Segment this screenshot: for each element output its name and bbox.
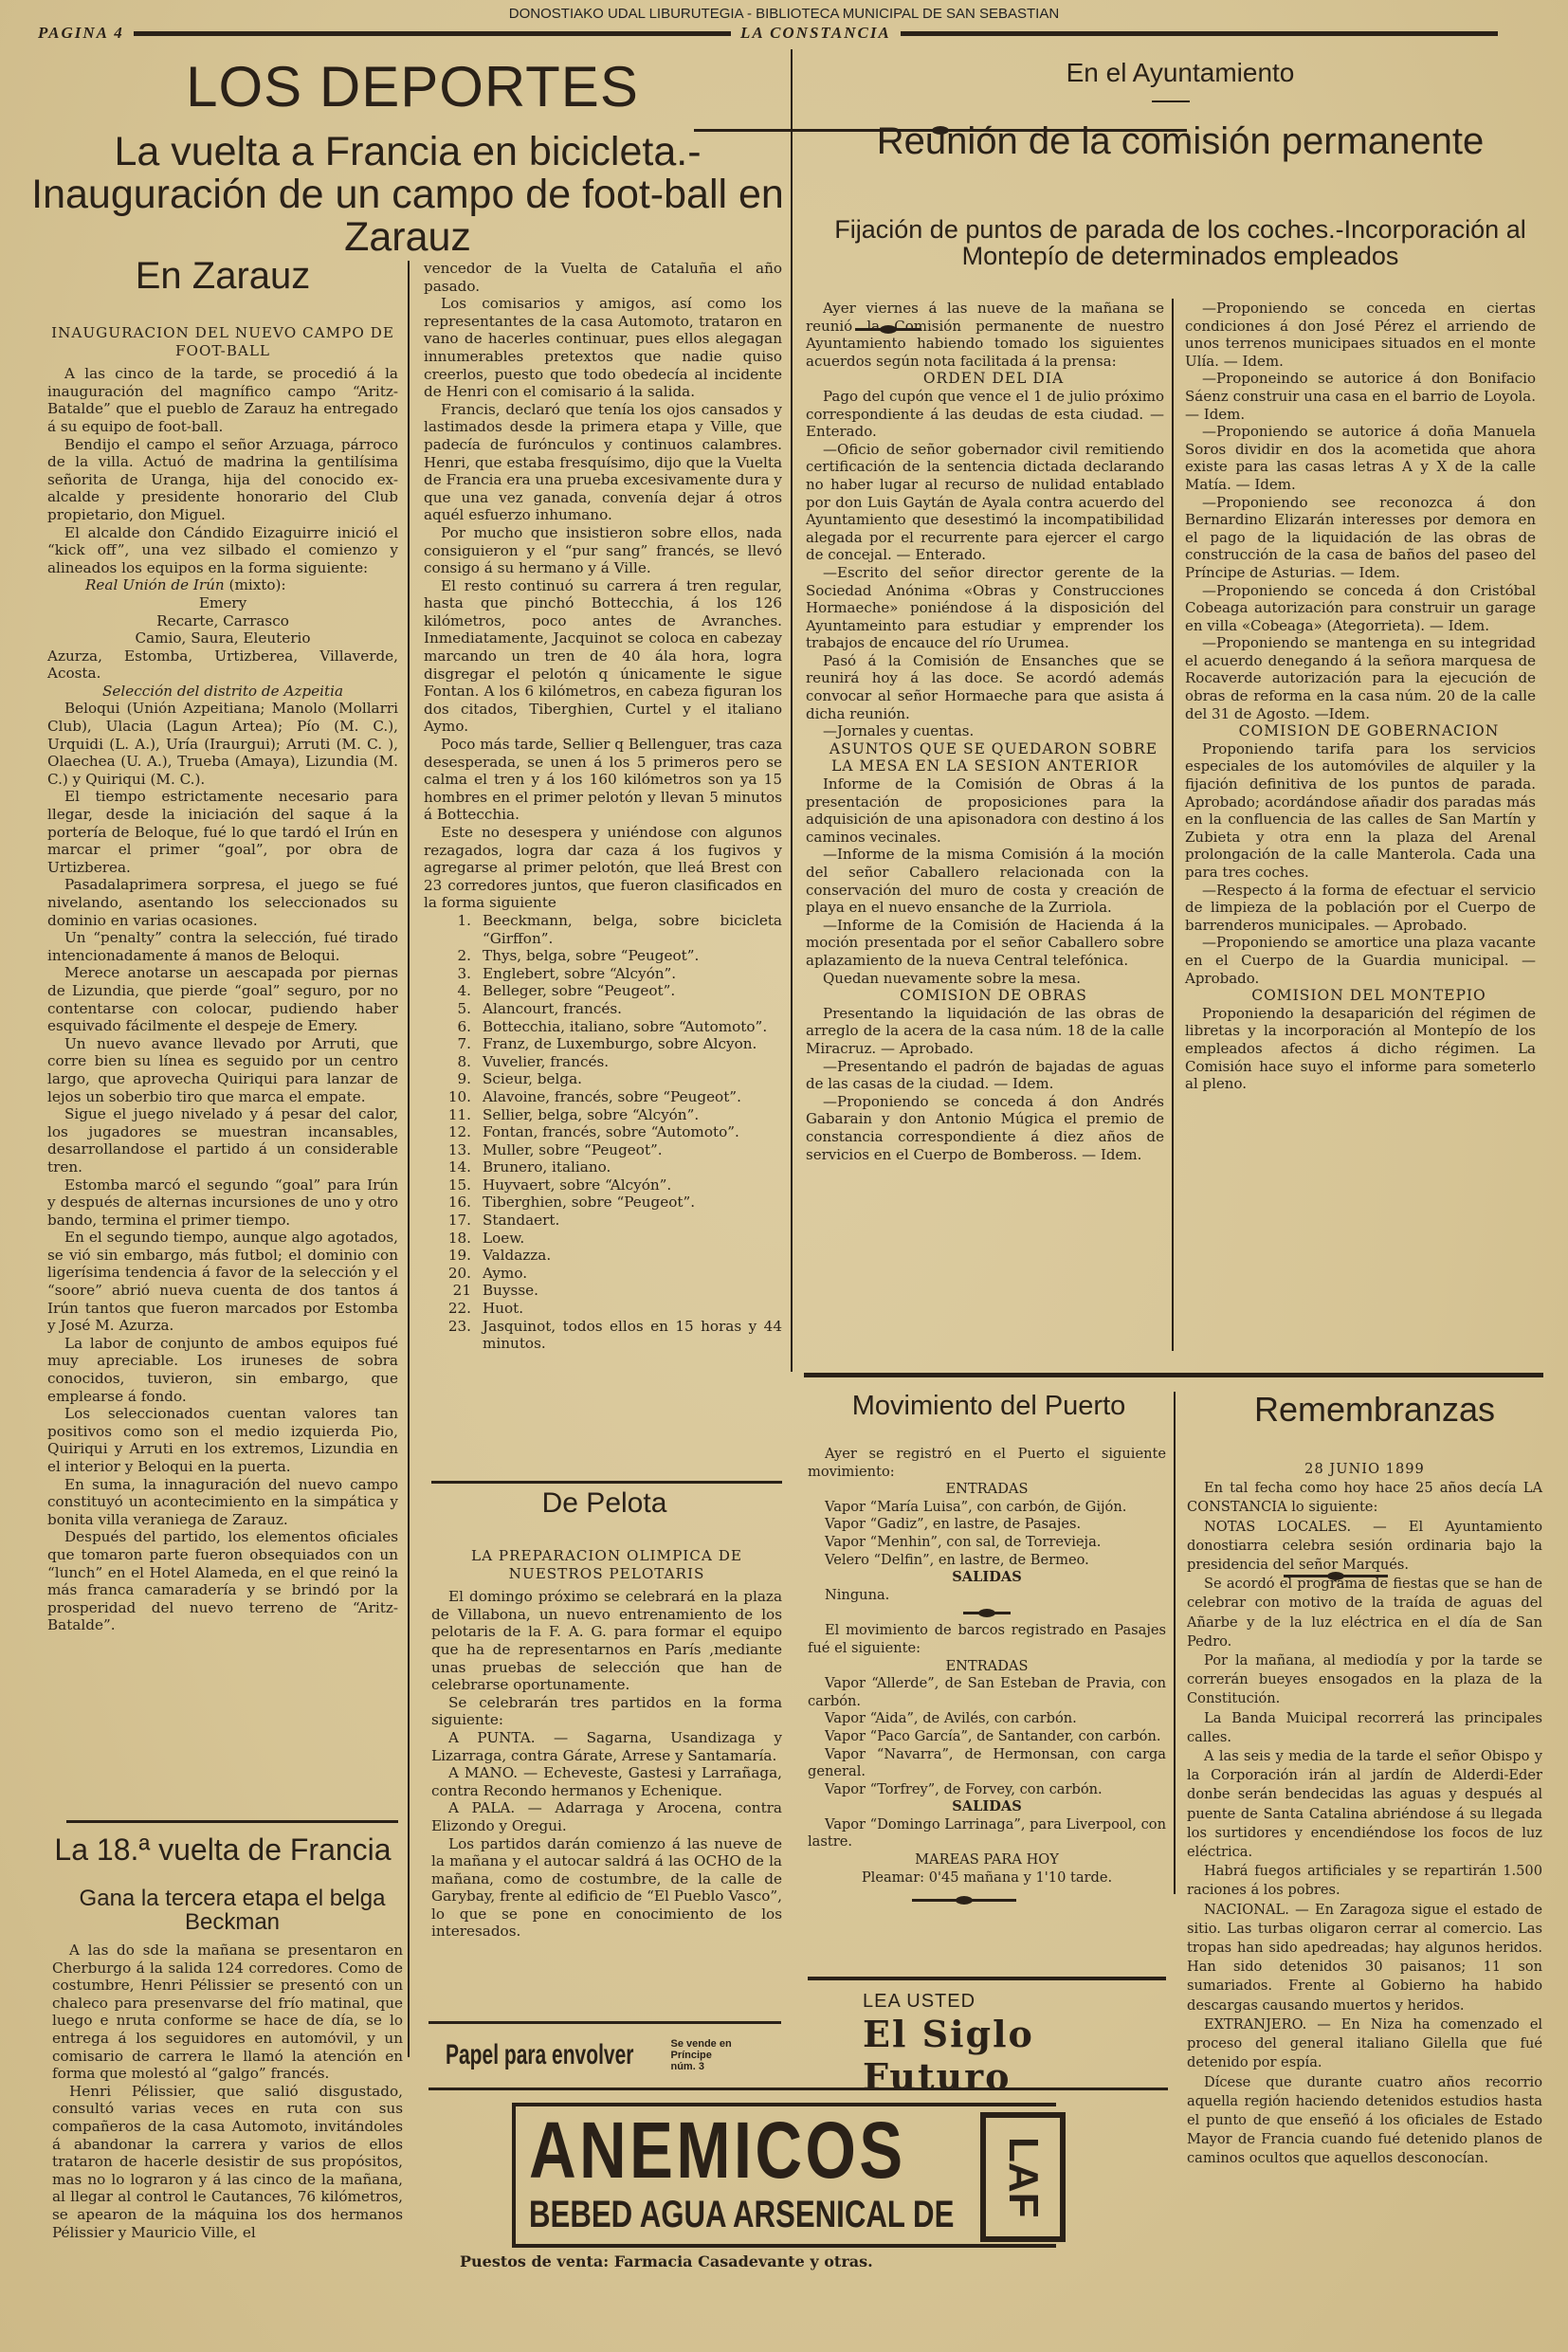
ranking-position: 10. (447, 1088, 471, 1106)
paragraph: A MANO. — Echeveste, Gastesi y Larrañaga… (431, 1764, 782, 1799)
paragraph: Un “penalty” contra la selección, fué ti… (47, 929, 398, 964)
paragraph: Vapor “Menhin”, con sal, de Torrevieja. (808, 1534, 1166, 1552)
ranking-position: 14. (447, 1158, 471, 1176)
remembranzas-paragraphs: En tal fecha como hoy hace 25 años decía… (1187, 1479, 1542, 2168)
paragraph: —Proponiendo se conceda á don Andrés Gab… (806, 1093, 1164, 1163)
ranking-position: 21 (447, 1282, 471, 1300)
vuelta-subtitle: Gana la tercera etapa el belga Beckman (57, 1887, 408, 1934)
ranking-row: 22.Huot. (447, 1300, 782, 1318)
paragraph: Velero “Delfin”, en lastre, de Bermeo. (808, 1552, 1166, 1570)
ranking-row: 20.Aymo. (447, 1265, 782, 1283)
paragraph: Bendijo el campo el señor Arzuaga, párro… (47, 436, 398, 524)
remembranzas-date: 28 JUNIO 1899 (1187, 1460, 1542, 1479)
ranking-row: 2.Thys, belga, sobre “Peugeot”. (447, 947, 782, 965)
paragraph: Se acordó el programa de fiestas que se … (1187, 1575, 1542, 1651)
salidas-list: Ninguna. (808, 1587, 1166, 1605)
paragraph: Proponiendo tarifa para los servicios es… (1185, 740, 1536, 882)
paragraph: —Proponiendo se conceda á don Cristóbal … (1185, 582, 1536, 635)
ranking-position: 15. (447, 1176, 471, 1194)
section-title-deportes: LOS DEPORTES (38, 57, 787, 117)
paragraph: El tiempo estrictamente necesario para l… (47, 788, 398, 876)
ranking-row: 9.Scieur, belga. (447, 1070, 782, 1088)
orden-title: ORDEN DEL DIA (806, 370, 1164, 388)
ranking-row: 16.Tiberghien, sobre “Peugeot”. (447, 1194, 782, 1212)
paragraph: Proponiendo la desaparición del régimen … (1185, 1005, 1536, 1093)
ranking-row: 18.Loew. (447, 1230, 782, 1248)
ornament-divider (963, 1612, 1011, 1614)
column-divider (1172, 299, 1174, 1351)
paragraph: Ninguna. (808, 1587, 1166, 1605)
article-separator (808, 1977, 1166, 1980)
team2-lineup: Beloqui (Unión Azpeitiana; Manolo (Molla… (47, 700, 398, 788)
ranking-rider: Beeckmann, belga, sobre bicicleta “Girff… (483, 912, 782, 947)
ranking-row: 11.Sellier, belga, sobre “Alcyón”. (447, 1106, 782, 1124)
ranking-position: 2. (447, 947, 471, 965)
ayuntamiento-headline: Reunión de la comisión permanente (796, 121, 1564, 161)
folio-rule (901, 31, 1498, 36)
lineup-line: Recarte, Carrasco (47, 612, 398, 630)
entradas-list: Vapor “María Luisa”, con carbón, de Gijó… (808, 1499, 1166, 1569)
ranking-position: 9. (447, 1070, 471, 1088)
ranking-row: 6.Bottecchia, italiano, sobre “Automoto”… (447, 1018, 782, 1036)
ranking-position: 20. (447, 1265, 471, 1283)
team1-note: (mixto): (229, 576, 286, 593)
ranking-row: 15.Huyvaert, sobre “Alcyón”. (447, 1176, 782, 1194)
page-folio: PAGINA 4 LA CONSTANCIA (38, 25, 1498, 42)
article-puerto: Ayer se registró en el Puerto el siguien… (808, 1446, 1166, 1887)
team1-heading: Real Unión de Irún (mixto): (47, 576, 398, 594)
ad-anemicos: ANEMICOS BEBED AGUA ARSENICAL DE LAF (512, 2103, 1056, 2248)
article-vuelta-part2: vencedor de la Vuelta de Cataluña el año… (424, 260, 782, 1353)
ranking-position: 3. (447, 965, 471, 983)
article-separator (66, 1820, 398, 1823)
article-zarauz: INAUGURACION DEL NUEVO CAMPO DE FOOT-BAL… (47, 324, 398, 1634)
folio-rule (134, 31, 731, 36)
ranking-rider: Fontan, francés, sobre “Automoto”. (483, 1123, 739, 1141)
paragraph: Vapor “Allerde”, de San Esteban de Pravi… (808, 1675, 1166, 1710)
paragraph: vencedor de la Vuelta de Cataluña el año… (424, 260, 782, 295)
library-watermark: DONOSTIAKO UDAL LIBURUTEGIA - BIBLIOTECA… (0, 6, 1568, 22)
paragraph: Henri Pélissier, que salió disgustado, c… (52, 2083, 403, 2241)
newspaper-name: LA CONSTANCIA (740, 24, 891, 43)
ad-puestos: Puestos de venta: Farmacia Casadevante y… (460, 2252, 873, 2270)
paragraph: Ayer viernes á las nueve de la mañana se… (806, 300, 1164, 370)
paragraph: Los partidos darán comienzo á las nueve … (431, 1835, 782, 1942)
page-number: PAGINA 4 (38, 24, 124, 43)
ad-separator (428, 2088, 1168, 2090)
ad-siglo-title: El Siglo Futuro (863, 2013, 1166, 2098)
paragraph: —Proponiendo se conceda en ciertas condi… (1185, 300, 1536, 370)
ranking-rider: Franz, de Luxemburgo, sobre Alcyon. (483, 1035, 757, 1053)
paragraph: Habrá fuegos artificiales y se repartirá… (1187, 1862, 1542, 1900)
ranking-rider: Thys, belga, sobre “Peugeot”. (483, 947, 699, 965)
puerto-title: Movimiento del Puerto (804, 1392, 1174, 1420)
ranking-rider: Huyvaert, sobre “Alcyón”. (483, 1176, 671, 1194)
ranking-rider: Valdazza. (483, 1247, 551, 1265)
paragraph: Informe de la Comisión de Obras á la pre… (806, 775, 1164, 846)
ranking-row: 4.Belleger, sobre “Peugeot”. (447, 982, 782, 1000)
ranking-rider: Bottecchia, italiano, sobre “Automoto”. (483, 1018, 767, 1036)
paragraph: NOTAS LOCALES. — El Ayuntamiento donosti… (1187, 1518, 1542, 1576)
ranking-position: 1. (447, 912, 471, 947)
ranking-rider: Huot. (483, 1300, 523, 1318)
paragraph: —Oficio de señor gobernador civil remiti… (806, 441, 1164, 564)
ranking-rider: Belleger, sobre “Peugeot”. (483, 982, 675, 1000)
gobernacion-list: Proponiendo tarifa para los servicios es… (1185, 740, 1536, 987)
entradas-label: ENTRADAS (808, 1481, 1166, 1499)
ranking-rider: Standaert. (483, 1212, 559, 1230)
paragraph: Sigue el juego nivelado y á pesar del ca… (47, 1105, 398, 1176)
paragraph: El alcalde don Cándido Eizaguirre inició… (47, 524, 398, 577)
paragraph: Los seleccionados cuentan valores tan po… (47, 1405, 398, 1475)
asuntos-list: Informe de la Comisión de Obras á la pre… (806, 775, 1164, 987)
ranking-row: 12.Fontan, francés, sobre “Automoto”. (447, 1123, 782, 1141)
zarauz-title: En Zarauz (38, 256, 408, 296)
ranking-row: 7.Franz, de Luxemburgo, sobre Alcyon. (447, 1035, 782, 1053)
article-remembranzas: 28 JUNIO 1899 En tal fecha como hoy hace… (1187, 1460, 1542, 2169)
ranking-position: 11. (447, 1106, 471, 1124)
ranking-rider: Aymo. (483, 1265, 527, 1283)
ranking-position: 19. (447, 1247, 471, 1265)
ranking-row: 21Buysse. (447, 1282, 782, 1300)
ad-separator (428, 2021, 781, 2024)
ad-papel-address: Se vende en Príncipe núm. 3 (670, 2038, 737, 2072)
ranking-rider: Alavoine, francés, sobre “Peugeot”. (483, 1088, 741, 1106)
ranking-rider: Jasquinot, todos ellos en 15 horas y 44 … (483, 1318, 782, 1353)
short-rule (1152, 100, 1190, 102)
paragraph: —Proponiendo se mantenga en su integrida… (1185, 634, 1536, 722)
mareas-value: Pleamar: 0'45 mañana y 1'10 tarde. (808, 1869, 1166, 1887)
paragraph: —Escrito del señor director gerente de l… (806, 564, 1164, 652)
lineup-line: Emery (47, 594, 398, 612)
ranking-rider: Scieur, belga. (483, 1070, 582, 1088)
obras-title: COMISION DE OBRAS (806, 987, 1164, 1005)
paragraph: Poco más tarde, Sellier q Bellenguer, tr… (424, 736, 782, 824)
vuelta-title: La 18.ª vuelta de Francia (38, 1834, 408, 1867)
remembranzas-title: Remembranzas (1185, 1392, 1564, 1428)
obras-list-continued: —Proponiendo se conceda en ciertas condi… (1185, 300, 1536, 722)
paragraph: Vapor “Gadiz”, en lastre, de Pasajes. (808, 1516, 1166, 1534)
gobernacion-title: COMISION DE GOBERNACION (1185, 722, 1536, 740)
ad-anemicos-headline: ANEMICOS (529, 2106, 905, 2194)
ranking-rider: Muller, sobre “Peugeot”. (483, 1141, 663, 1159)
pelota-title: De Pelota (417, 1488, 792, 1519)
paragraph: Después del partido, los elementos ofici… (47, 1528, 398, 1634)
ad-papel: Papel para envolver Se vende en Príncipe… (446, 2033, 777, 2076)
article-vuelta-part1: A las do sde la mañana se presentaron en… (52, 1942, 403, 2241)
lineup-line: Azurza, Estomba, Urtizberea, Villaverde,… (47, 647, 398, 683)
obras-list: Presentando la liquidación de las obras … (806, 1005, 1164, 1163)
paragraph: —Respecto á la forma de efectuar el serv… (1185, 882, 1536, 935)
ranking-position: 17. (447, 1212, 471, 1230)
paragraph: EXTRANJERO. — En Niza ha comenzado el pr… (1187, 2015, 1542, 2073)
ranking-rider: Loew. (483, 1230, 524, 1248)
article-pelota: LA PREPARACION OLIMPICA DE NUESTROS PELO… (431, 1547, 782, 1941)
pasajes-entradas-list: Vapor “Allerde”, de San Esteban de Pravi… (808, 1675, 1166, 1798)
salidas-label: SALIDAS (808, 1798, 1166, 1816)
orden-list: Pago del cupón que vence el 1 de julio p… (806, 388, 1164, 740)
paragraph: Estomba marcó el segundo “goal” para Irú… (47, 1176, 398, 1230)
paragraph: A las seis y media de la tarde el señor … (1187, 1747, 1542, 1862)
ranking-position: 6. (447, 1018, 471, 1036)
paragraph: Vapor “Domingo Larrinaga”, para Liverpoo… (808, 1816, 1166, 1851)
section-title-ayuntamiento: En el Ayuntamiento (796, 59, 1564, 86)
paragraph: Vapor “Navarra”, de Hermonsan, con carga… (808, 1746, 1166, 1781)
paragraph: —Proponiendo see reconozca á don Bernard… (1185, 494, 1536, 582)
paragraph: Vapor “Aida”, de Avilés, con carbón. (808, 1710, 1166, 1728)
ranking-position: 23. (447, 1318, 471, 1353)
column-divider (1174, 1392, 1176, 1894)
paragraph: Dícese que durante cuatro años recorrio … (1187, 2073, 1542, 2169)
ranking-position: 13. (447, 1141, 471, 1159)
paragraph: En suma, la innaguración del nuevo campo… (47, 1476, 398, 1529)
paragraph: Pasó á la Comisión de Ensanches que se r… (806, 652, 1164, 722)
paragraph: Vapor “María Luisa”, con carbón, de Gijó… (808, 1499, 1166, 1517)
mareas-title: MAREAS PARA HOY (808, 1851, 1166, 1869)
asuntos-title: ASUNTOS QUE SE QUEDARON SOBRE LA MESA EN… (806, 740, 1164, 775)
ayuntamiento-col2: —Proponiendo se conceda en ciertas condi… (1185, 300, 1536, 1093)
ad-papel-text: Papel para envolver (446, 2039, 633, 2071)
ranking-rider: Buysse. (483, 1282, 538, 1300)
paragraph: En tal fecha como hoy hace 25 años decía… (1187, 1479, 1542, 1517)
ranking-position: 12. (447, 1123, 471, 1141)
ranking-position: 8. (447, 1053, 471, 1071)
section-separator (804, 1373, 1543, 1377)
paragraph: A PUNTA. — Sagarna, Usandizaga y Lizarra… (431, 1729, 782, 1764)
ranking-rider: Englebert, sobre “Alcyón”. (483, 965, 676, 983)
ranking-position: 18. (447, 1230, 471, 1248)
ad-lea-usted: LEA USTED (863, 1991, 1166, 2013)
paragraph: Quedan nuevamente sobre la mesa. (806, 970, 1164, 988)
ad-anemicos-subline: BEBED AGUA ARSENICAL DE (529, 2194, 954, 2236)
team2-name: Selección del distrito de Azpeitia (47, 683, 398, 701)
ranking-position: 7. (447, 1035, 471, 1053)
paragraph: Vapor “Paco García”, de Santander, con c… (808, 1728, 1166, 1746)
ranking-rider: Alancourt, francés. (483, 1000, 622, 1018)
paragraph: Pago del cupón que vence el 1 de julio p… (806, 388, 1164, 441)
article-separator (431, 1481, 782, 1484)
paragraph: Se celebrarán tres partidos en la forma … (431, 1694, 782, 1729)
paragraph: Los comisarios y amigos, así como los re… (424, 295, 782, 401)
paragraph: —Informe de la Comisión de Hacienda á la… (806, 917, 1164, 970)
ranking-position: 5. (447, 1000, 471, 1018)
paragraph: Merece anotarse un aescapada por piernas… (47, 964, 398, 1034)
ad-siglo-futuro: LEA USTED El Siglo Futuro (825, 1991, 1166, 2098)
pelota-subhead: LA PREPARACION OLIMPICA DE NUESTROS PELO… (431, 1547, 782, 1582)
paragraph: Vapor “Torfrey”, de Forvey, con carbón. (808, 1781, 1166, 1799)
paragraph: Por mucho que insistieron sobre ellos, n… (424, 524, 782, 577)
column-divider (408, 261, 410, 2057)
ranking-row: 14.Brunero, italiano. (447, 1158, 782, 1176)
paragraph: Presentando la liquidación de las obras … (806, 1005, 1164, 1058)
paragraph: —Presentando el padrón de bajadas de agu… (806, 1058, 1164, 1093)
ranking-row: 10.Alavoine, francés, sobre “Peugeot”. (447, 1088, 782, 1106)
lineup-line: Camio, Saura, Eleuterio (47, 629, 398, 647)
ranking-row: 17.Standaert. (447, 1212, 782, 1230)
salidas-label: SALIDAS (808, 1569, 1166, 1587)
paragraph: —Proponiendo se autorice á doña Manuela … (1185, 423, 1536, 493)
paragraph: Francis, declaró que tenía los ojos cans… (424, 401, 782, 524)
ayuntamiento-col1: Ayer viernes á las nueve de la mañana se… (806, 300, 1164, 1163)
ranking-row: 23.Jasquinot, todos ellos en 15 horas y … (447, 1318, 782, 1353)
montepio-title: COMISION DEL MONTEPIO (1185, 987, 1536, 1005)
paragraph: A las cinco de la tarde, se procedió á l… (47, 365, 398, 435)
ranking-row: 1.Beeckmann, belga, sobre bicicleta “Gir… (447, 912, 782, 947)
paragraph: Ayer se registró en el Puerto el siguien… (808, 1446, 1166, 1481)
paragraph: Un nuevo avance llevado por Arruti, que … (47, 1035, 398, 1105)
paragraph: Este no desespera y uniéndose con alguno… (424, 824, 782, 912)
paragraph: —Jornales y cuentas. (806, 722, 1164, 740)
ranking-row: 3.Englebert, sobre “Alcyón”. (447, 965, 782, 983)
paragraph: Por la mañana, al mediodía y por la tard… (1187, 1651, 1542, 1709)
pasajes-salidas-list: Vapor “Domingo Larrinaga”, para Liverpoo… (808, 1816, 1166, 1851)
ranking-row: 5.Alancourt, francés. (447, 1000, 782, 1018)
paragraph: En el segundo tiempo, aunque algo agotad… (47, 1229, 398, 1335)
zarauz-subhead: INAUGURACION DEL NUEVO CAMPO DE FOOT-BAL… (47, 324, 398, 359)
entradas-label: ENTRADAS (808, 1658, 1166, 1676)
paragraph: La labor de conjunto de ambos equipos fu… (47, 1335, 398, 1405)
paragraph: A las do sde la mañana se presentaron en… (52, 1942, 403, 2083)
deportes-headline: La vuelta a Francia en bicicleta.-Inaugu… (24, 131, 792, 259)
ad-laf-logo: LAF (980, 2112, 1066, 2242)
paragraph: La Banda Muicipal recorrerá las principa… (1187, 1709, 1542, 1747)
paragraph: El domingo próximo se celebrará en la pl… (431, 1588, 782, 1694)
paragraph: —Proponeindo se autorice á don Bonifacio… (1185, 370, 1536, 423)
paragraph: A PALA. — Adarraga y Arocena, contra Eli… (431, 1799, 782, 1834)
stage-ranking: 1.Beeckmann, belga, sobre bicicleta “Gir… (424, 912, 782, 1353)
paragraph: NACIONAL. — En Zaragoza sigue el estado … (1187, 1901, 1542, 2015)
ranking-row: 19.Valdazza. (447, 1247, 782, 1265)
ayuntamiento-subhead: Fijación de puntos de parada de los coch… (801, 216, 1559, 270)
team1-name: Real Unión de Irún (85, 576, 225, 593)
montepio-list: Proponiendo la desaparición del régimen … (1185, 1005, 1536, 1093)
ranking-position: 16. (447, 1194, 471, 1212)
ranking-position: 4. (447, 982, 471, 1000)
paragraph: —Proponiendo se amortice una plaza vacan… (1185, 934, 1536, 987)
ornament-divider (912, 1899, 1016, 1902)
ranking-row: 8.Vuvelier, francés. (447, 1053, 782, 1071)
ranking-rider: Sellier, belga, sobre “Alcyón”. (483, 1106, 699, 1124)
paragraph: Pasadalaprimera sorpresa, el juego se fu… (47, 876, 398, 929)
paragraph: El movimiento de barcos registrado en Pa… (808, 1622, 1166, 1657)
ranking-position: 22. (447, 1300, 471, 1318)
ranking-rider: Tiberghien, sobre “Peugeot”. (483, 1194, 695, 1212)
ranking-rider: Brunero, italiano. (483, 1158, 611, 1176)
ranking-rider: Vuvelier, francés. (483, 1053, 609, 1071)
paragraph: —Informe de la misma Comisión á la moció… (806, 846, 1164, 916)
ranking-row: 13.Muller, sobre “Peugeot”. (447, 1141, 782, 1159)
paragraph: El resto continuó su carrera á tren regu… (424, 577, 782, 736)
